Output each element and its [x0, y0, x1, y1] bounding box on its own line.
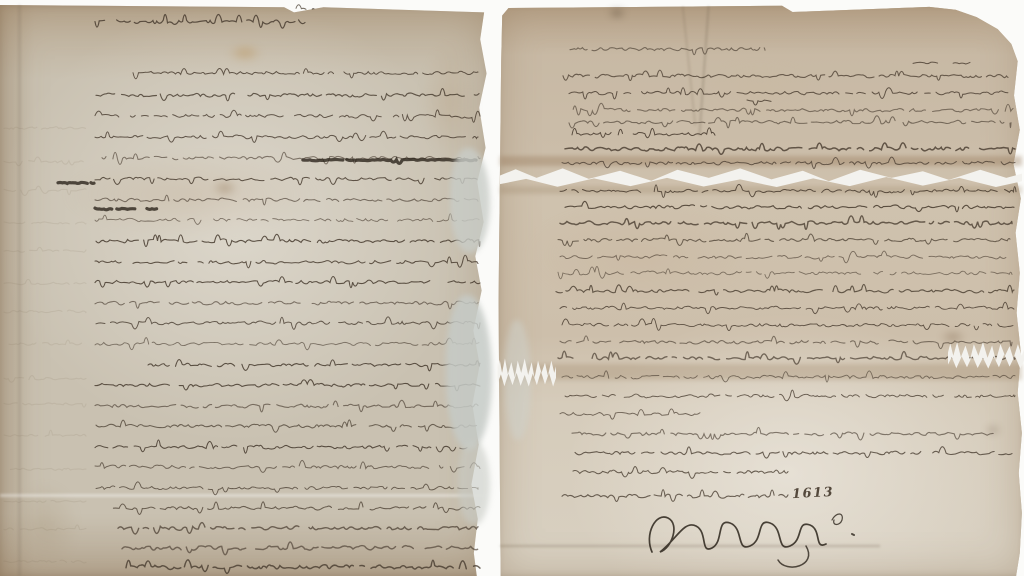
manuscript-photo: 1613: [0, 0, 1024, 576]
left-page: [0, 5, 490, 576]
right-page: [498, 4, 1024, 576]
date-year-text: 1613: [792, 485, 835, 502]
